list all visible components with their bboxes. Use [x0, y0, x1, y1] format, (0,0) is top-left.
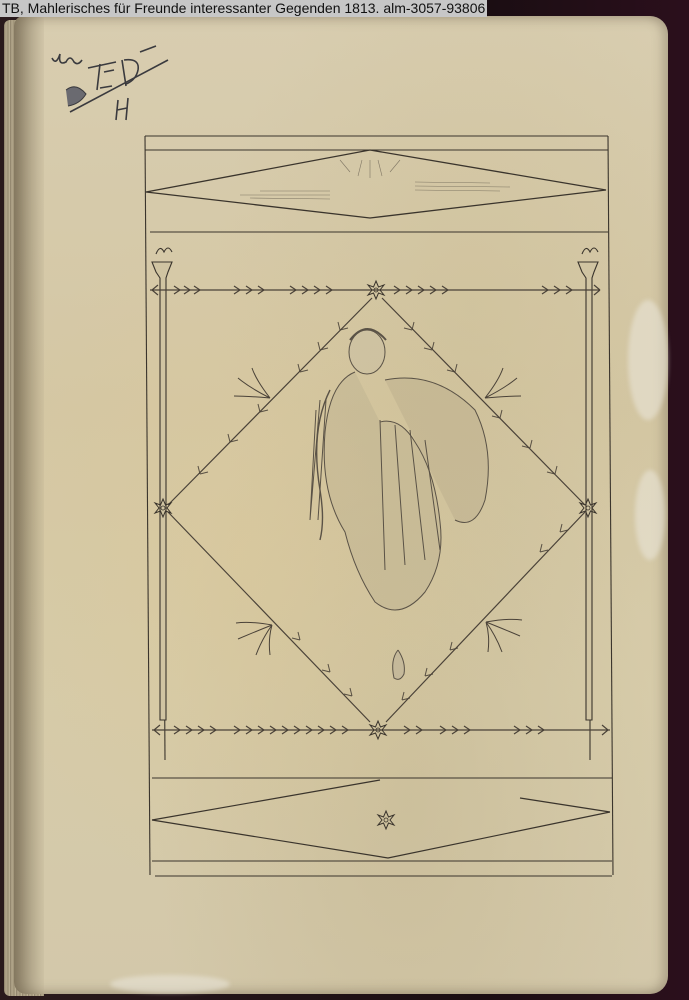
laurel-band-top	[150, 285, 600, 295]
engraved-design	[0, 0, 689, 1000]
pencil-annotations	[52, 46, 168, 120]
sun-rays	[240, 160, 510, 199]
bottom-star-icon	[378, 811, 394, 829]
top-diamond	[146, 150, 606, 218]
winged-figure	[310, 329, 488, 679]
image-caption: TB, Mahlerisches für Freunde interessant…	[0, 0, 487, 17]
